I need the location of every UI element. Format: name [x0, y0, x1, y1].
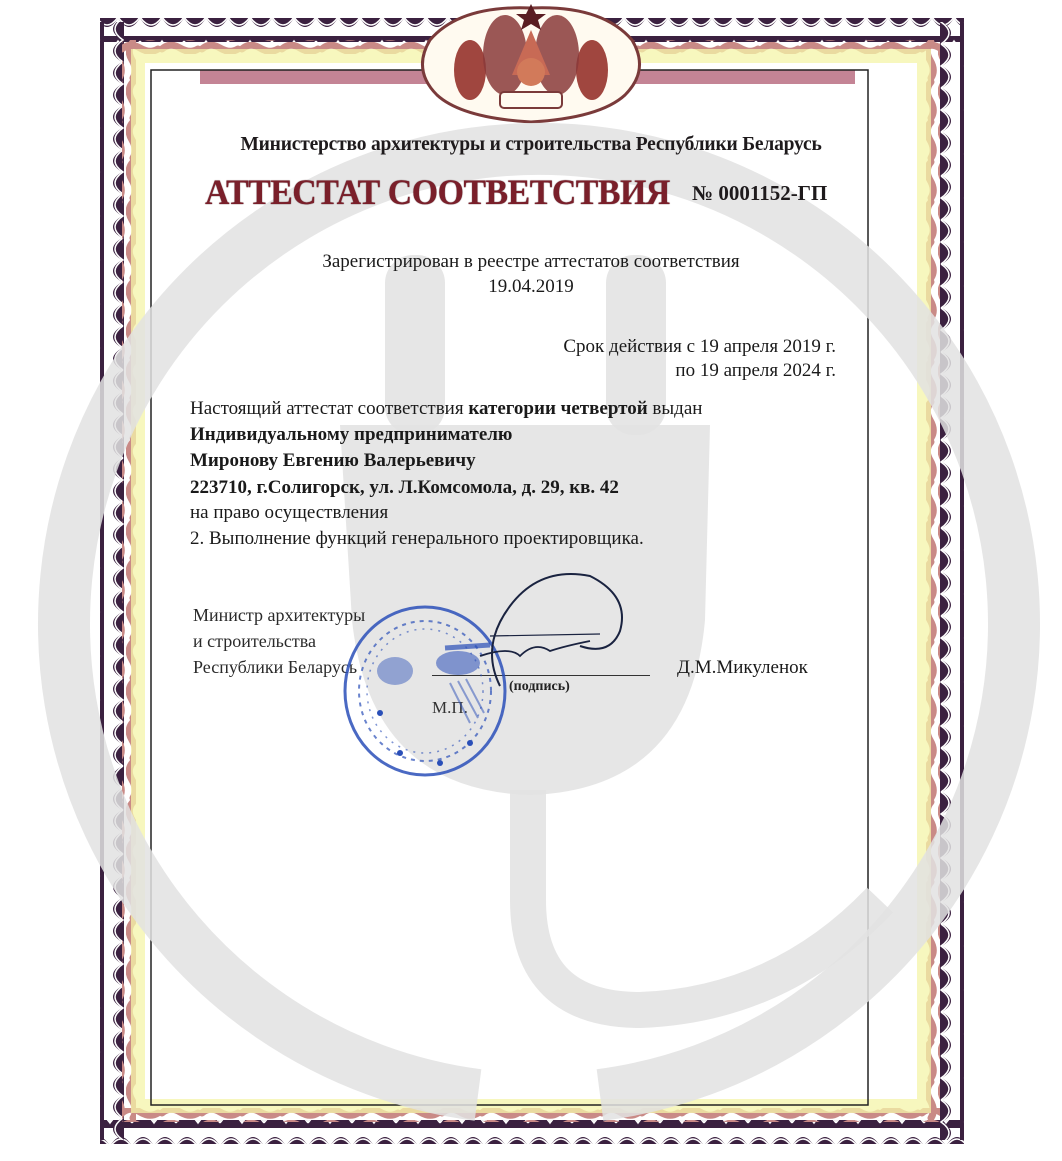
registration-date: 19.04.2019: [0, 276, 1062, 298]
validity-from: Срок действия с 19 апреля 2019 г.: [563, 336, 836, 358]
document-title: АТТЕСТАТ СООТВЕТСТВИЯ: [205, 171, 670, 213]
right-item: 2. Выполнение функций генерального проек…: [190, 528, 644, 550]
validity-to: по 19 апреля 2024 г.: [675, 360, 836, 382]
category-prefix: Настоящий аттестат соответствия: [190, 398, 468, 419]
category-value: категории четвертой: [468, 398, 647, 419]
registration-text: Зарегистрирован в реестре аттестатов соо…: [0, 251, 1062, 273]
certificate-number: № 0001152-ГП: [692, 181, 827, 206]
recipient-address: 223710, г.Солигорск, ул. Л.Комсомола, д.…: [190, 477, 619, 499]
category-suffix: выдан: [648, 398, 703, 419]
signer-position-line2: и строительства: [193, 631, 316, 652]
certificate-category-line: Настоящий аттестат соответствия категори…: [190, 398, 702, 420]
signer-position-line3: Республики Беларусь: [193, 657, 357, 678]
recipient-name: Миронову Евгению Валерьевичу: [190, 450, 476, 472]
handwritten-signature: [440, 566, 640, 696]
recipient-type: Индивидуальному предпринимателю: [190, 424, 512, 446]
signer-name: Д.М.Микуленок: [677, 657, 808, 679]
issuer-heading: Министерство архитектуры и строительства…: [0, 134, 1062, 156]
right-intro: на право осуществления: [190, 502, 388, 524]
